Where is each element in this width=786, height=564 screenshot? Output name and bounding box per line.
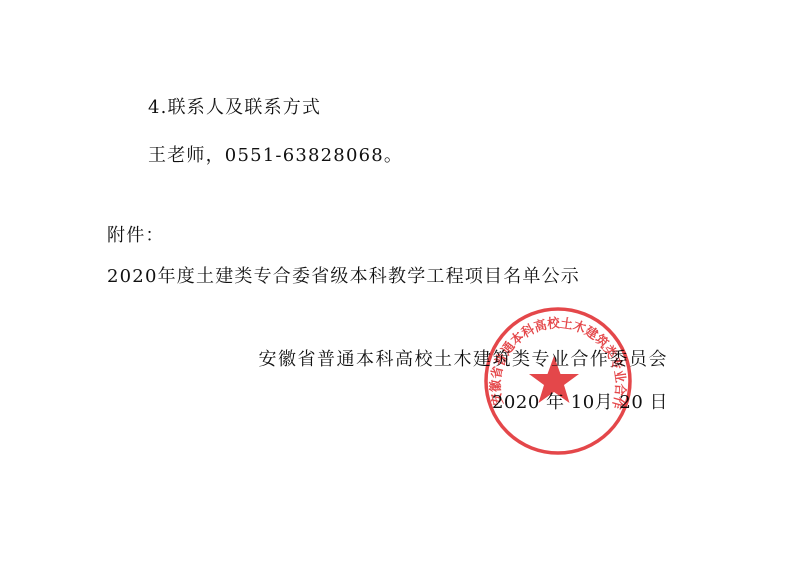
signature-date: 2020 年 10月 20 日: [492, 392, 668, 414]
contact-info: 王老师，0551-63828068。: [148, 145, 403, 167]
signature-organization: 安徽省普通本科高校土木建筑类专业合作委员会: [259, 349, 669, 371]
seal-ring: [486, 309, 630, 453]
official-seal: 安徽省普通本科高校土木建筑类专业合作委员会: [481, 304, 635, 458]
section-heading-contact: 4.联系人及联系方式: [148, 97, 321, 119]
attachment-label: 附件：: [107, 225, 165, 247]
attachment-title: 2020年度土建类专合委省级本科教学工程项目名单公示: [107, 266, 580, 288]
